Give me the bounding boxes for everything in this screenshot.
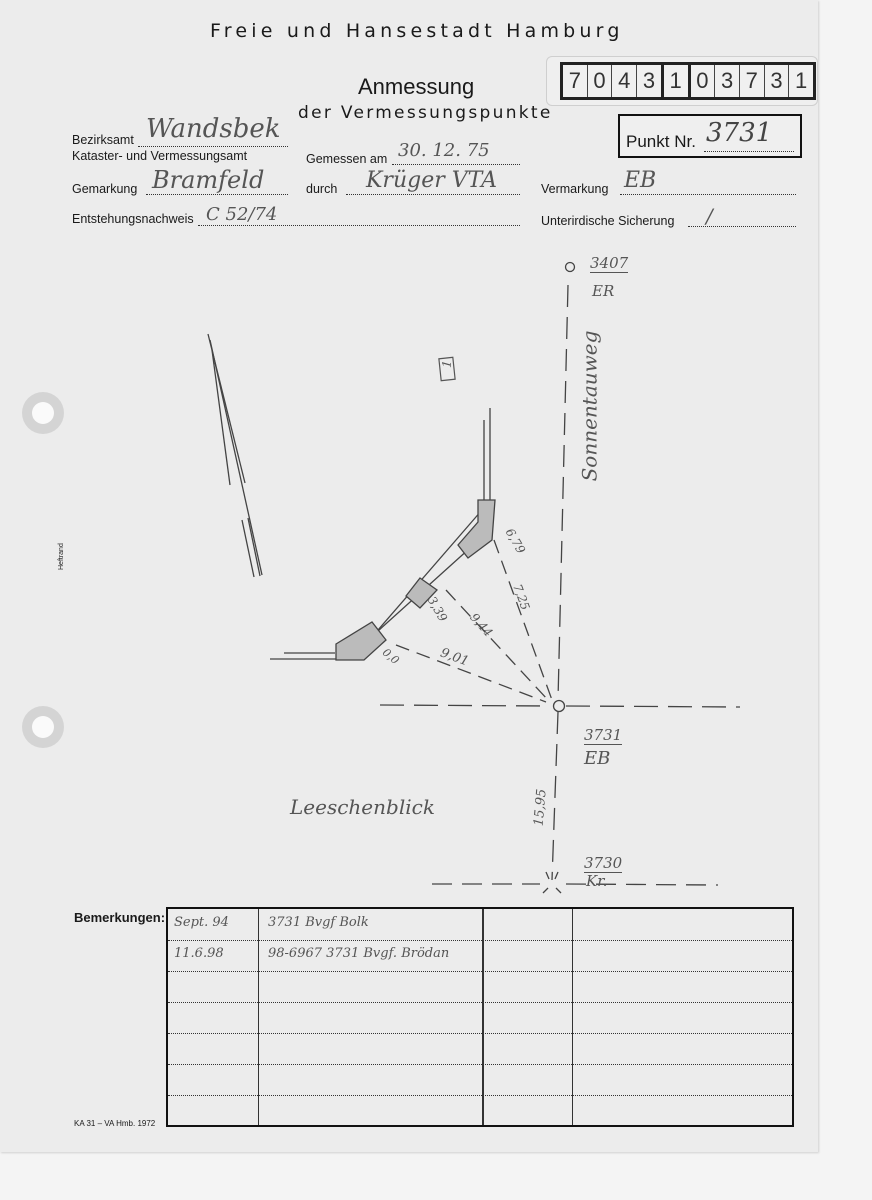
remarks-label: Bemerkungen: bbox=[74, 910, 165, 925]
table-row bbox=[168, 971, 792, 1003]
point-3731-number: 3731 bbox=[584, 726, 622, 745]
point-3731-marker: EB bbox=[584, 748, 610, 769]
street-label-sonnentauweg: Sonnentauweg bbox=[577, 331, 601, 482]
table-row bbox=[168, 1095, 792, 1126]
survey-form-sheet: Freie und Hansestadt Hamburg Anmessung d… bbox=[0, 0, 818, 1152]
table-row: 11.6.98 98-6967 3731 Bvgf. Brödan bbox=[168, 940, 792, 972]
survey-sketch bbox=[0, 0, 818, 900]
remark-date: Sept. 94 bbox=[174, 915, 229, 930]
point-3407-marker: ER bbox=[592, 282, 614, 300]
table-row: Sept. 94 3731 Bvgf Bolk bbox=[168, 909, 792, 941]
remark-date: 11.6.98 bbox=[174, 946, 224, 961]
street-label-leeschenblick: Leeschenblick bbox=[290, 795, 435, 819]
point-3730-marker: Kr. bbox=[586, 872, 608, 890]
form-footer-code: KA 31 – VA Hmb. 1972 bbox=[74, 1119, 155, 1128]
remark-text: 3731 Bvgf Bolk bbox=[268, 915, 369, 930]
table-row bbox=[168, 1002, 792, 1034]
remarks-table: Sept. 94 3731 Bvgf Bolk 11.6.98 98-6967 … bbox=[166, 907, 794, 1127]
table-row bbox=[168, 1033, 792, 1065]
parcel-label: 1 bbox=[440, 360, 455, 369]
point-3407-number: 3407 bbox=[590, 254, 628, 273]
remark-text: 98-6967 3731 Bvgf. Brödan bbox=[268, 946, 449, 961]
table-row bbox=[168, 1064, 792, 1096]
point-3730-number: 3730 bbox=[584, 854, 622, 873]
